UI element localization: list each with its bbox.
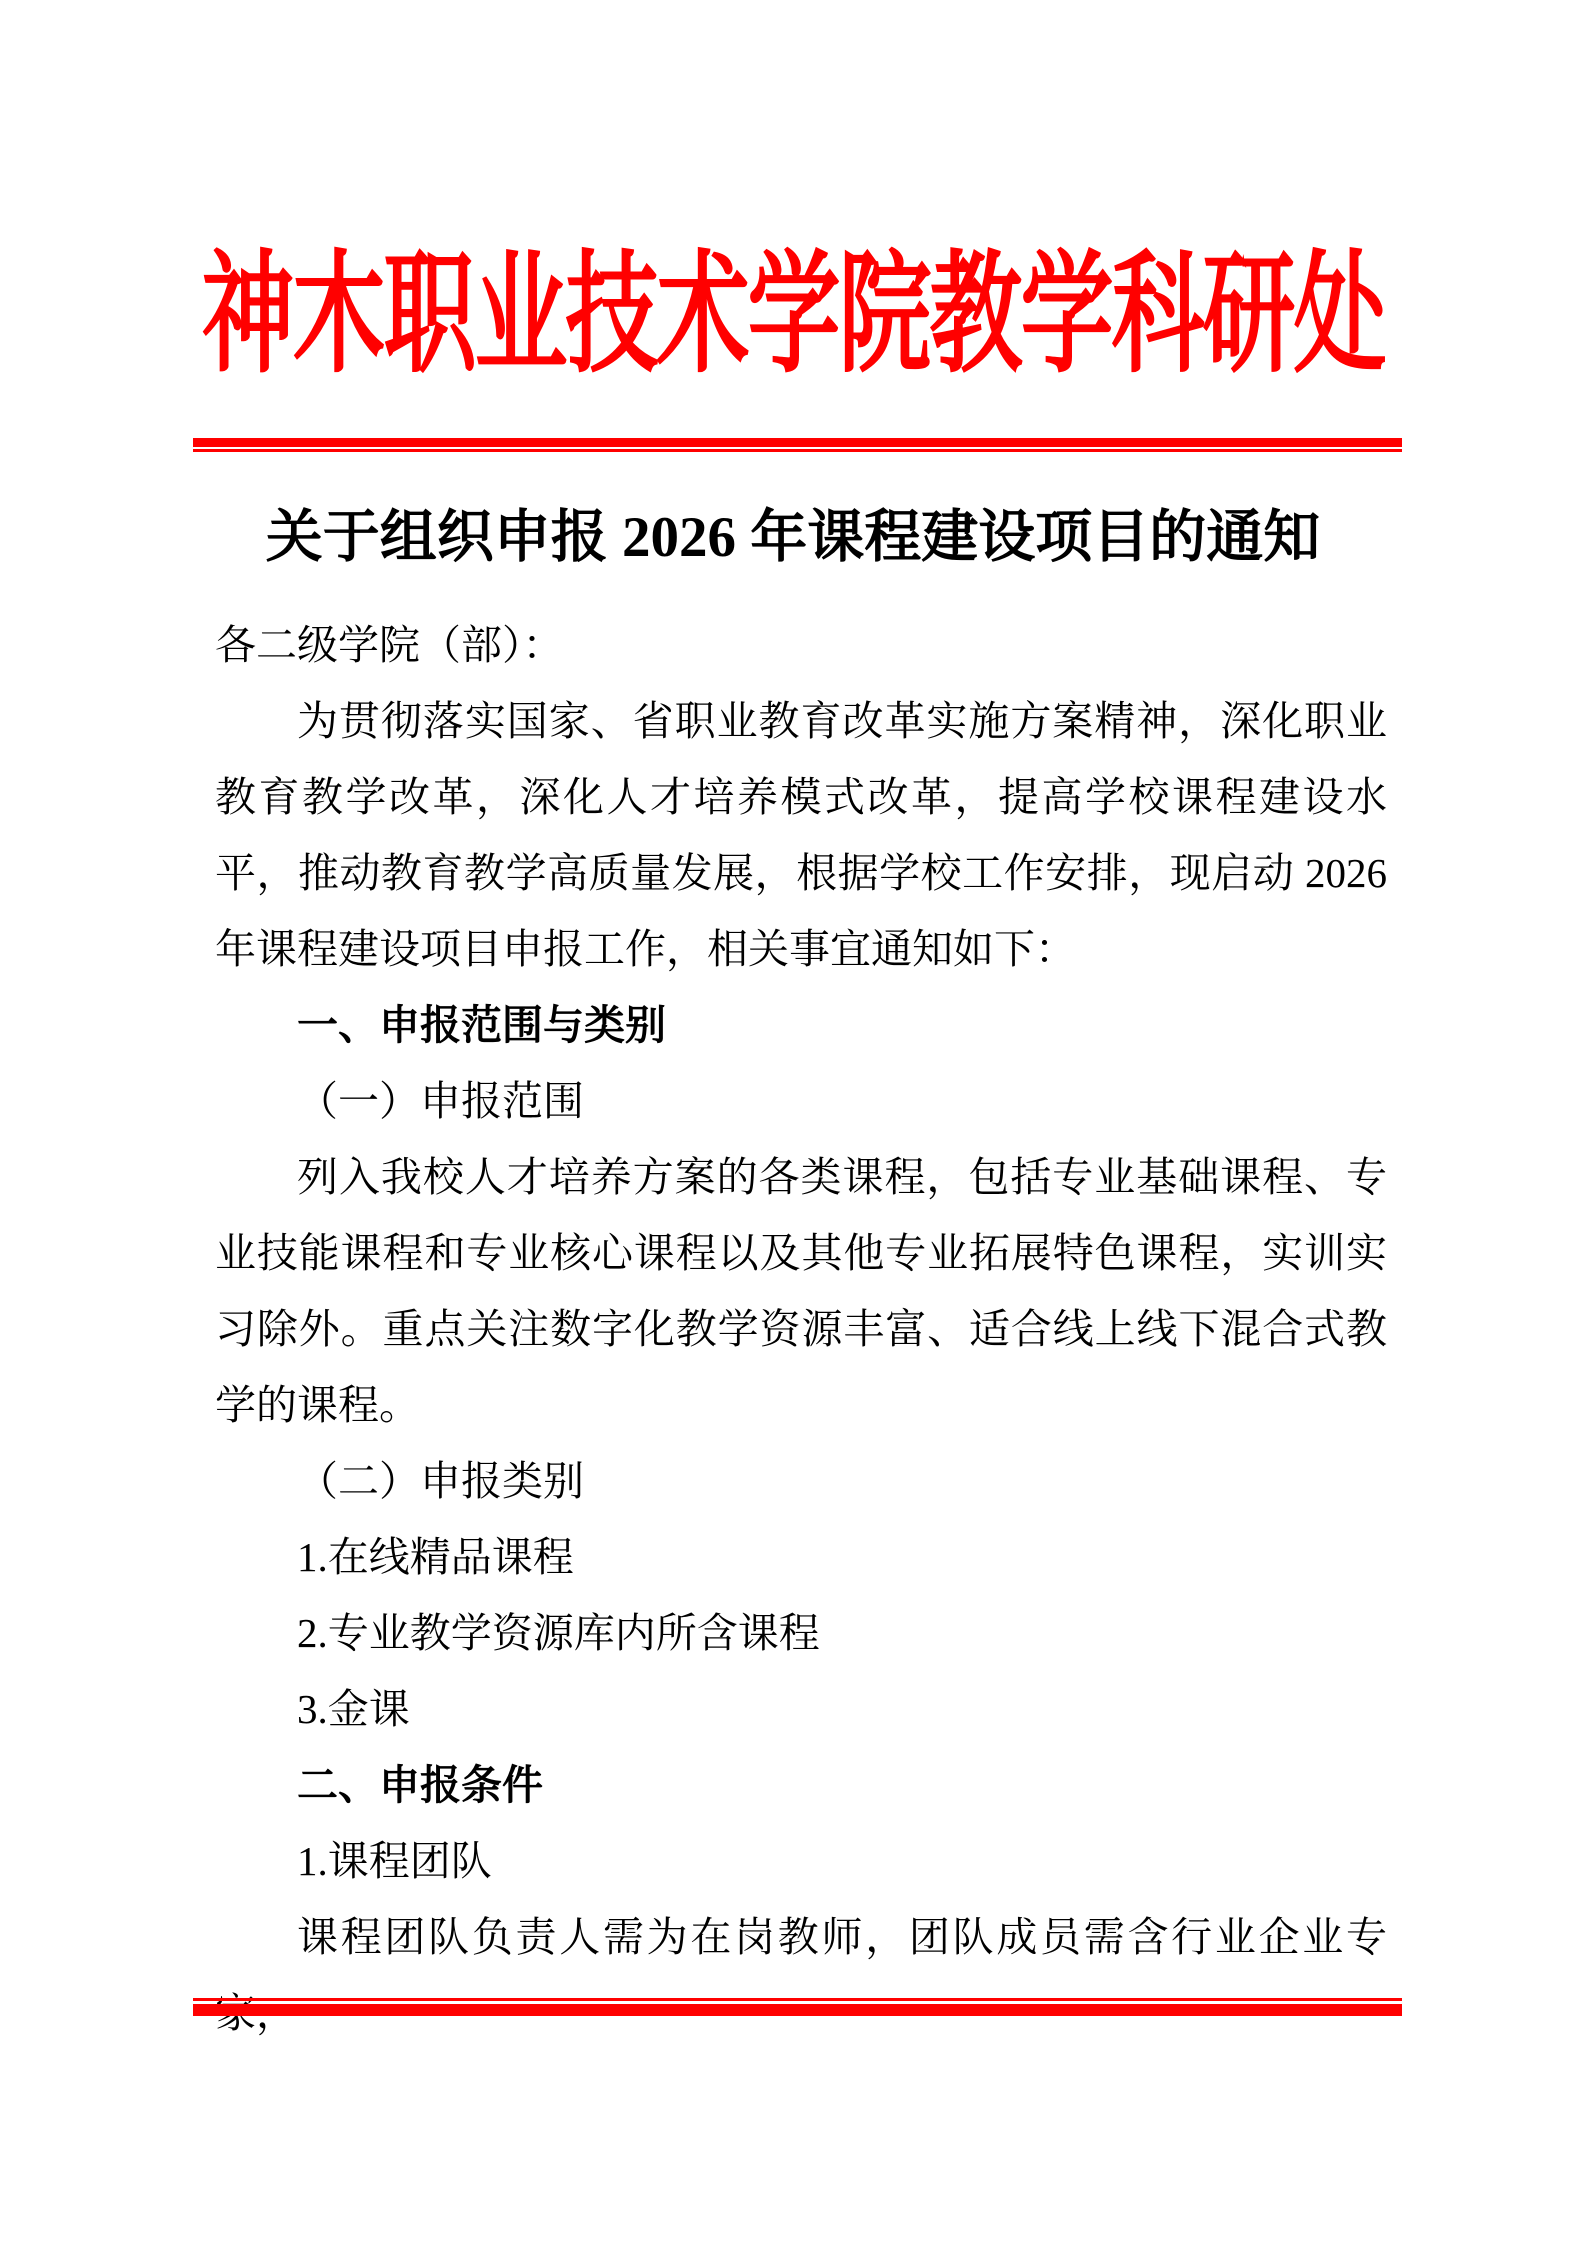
subsection-heading-1-1: （一）申报范围 bbox=[215, 1063, 1387, 1139]
notice-title: 关于组织申报 2026 年课程建设项目的通知 bbox=[0, 503, 1586, 573]
paragraph-intro: 为贯彻落实国家、省职业教育改革实施方案精神，深化职业教育教学改革，深化人才培养模… bbox=[215, 683, 1387, 987]
list-item-category-2: 2.专业教学资源库内所含课程 bbox=[215, 1595, 1387, 1671]
org-title: 神木职业技术学院教学科研处 bbox=[0, 250, 1586, 382]
section-heading-1: 一、申报范围与类别 bbox=[215, 987, 1387, 1063]
list-item-category-3: 3.金课 bbox=[215, 1671, 1387, 1747]
section-heading-2: 二、申报条件 bbox=[215, 1747, 1387, 1823]
bottom-rule-thick bbox=[193, 2004, 1402, 2016]
paragraph-team: 课程团队负责人需为在岗教师，团队成员需含行业企业专家， bbox=[215, 1899, 1387, 2051]
notice-body: 各二级学院（部）： 为贯彻落实国家、省职业教育改革实施方案精神，深化职业教育教学… bbox=[215, 607, 1387, 2051]
salutation: 各二级学院（部）： bbox=[215, 607, 1387, 683]
subsection-heading-2-1: 1.课程团队 bbox=[215, 1823, 1387, 1899]
top-rule-thin bbox=[193, 449, 1402, 452]
document-page: 神木职业技术学院教学科研处 关于组织申报 2026 年课程建设项目的通知 各二级… bbox=[0, 0, 1586, 2245]
bottom-rule-thin bbox=[193, 1998, 1402, 2001]
list-item-category-1: 1.在线精品课程 bbox=[215, 1519, 1387, 1595]
top-rule-thick bbox=[193, 438, 1402, 447]
paragraph-scope: 列入我校人才培养方案的各类课程，包括专业基础课程、专业技能课程和专业核心课程以及… bbox=[215, 1139, 1387, 1443]
subsection-heading-1-2: （二）申报类别 bbox=[215, 1443, 1387, 1519]
